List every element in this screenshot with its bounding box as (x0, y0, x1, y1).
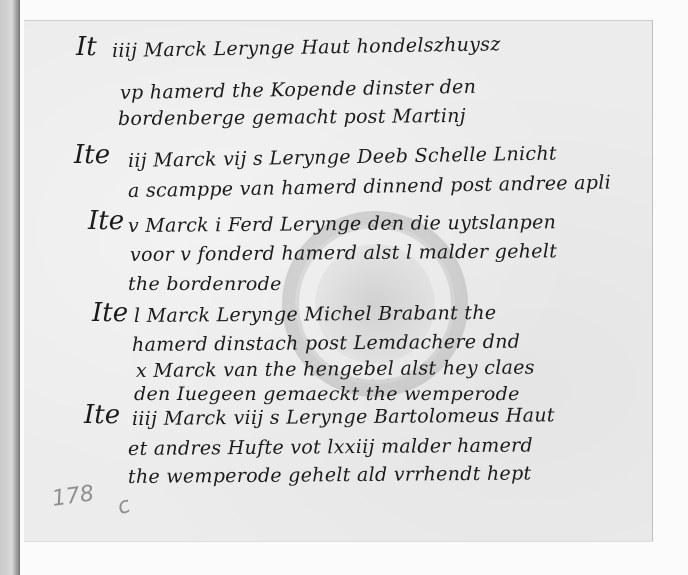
manuscript-line: voor v fonderd hamerd alst l malder gehe… (130, 240, 557, 266)
manuscript-line: hamerd dinstach post Lemdachere dnd (132, 331, 520, 356)
binding-edge (0, 0, 20, 575)
manuscript-line: x Marck van the hengebel alst hey claes (136, 357, 535, 382)
manuscript-line: the wemperode gehelt ald vrrhendt hept (128, 462, 532, 488)
item-mark: Ite (88, 206, 124, 236)
manuscript-line: bordenberge gemacht post Martinj (118, 105, 466, 130)
item-mark: Ite (92, 298, 128, 328)
manuscript-line: l Marck Lerynge Michel Brabant the (134, 302, 497, 327)
manuscript-line: et andres Hufte vot lxxiij malder hamerd (128, 434, 533, 460)
manuscript-line: iiij Marck viij s Lerynge Bartolomeus Ha… (132, 404, 555, 430)
item-mark: Ite (74, 140, 110, 170)
item-mark: It (76, 32, 97, 62)
manuscript-line: the bordenrode (128, 273, 282, 295)
manuscript-line: v Marck i Ferd Lerynge den die uytslanpe… (128, 211, 556, 237)
manuscript-line: den Iuegeen gemaeckt the wemperode (134, 383, 520, 405)
item-mark: Ite (84, 400, 120, 430)
